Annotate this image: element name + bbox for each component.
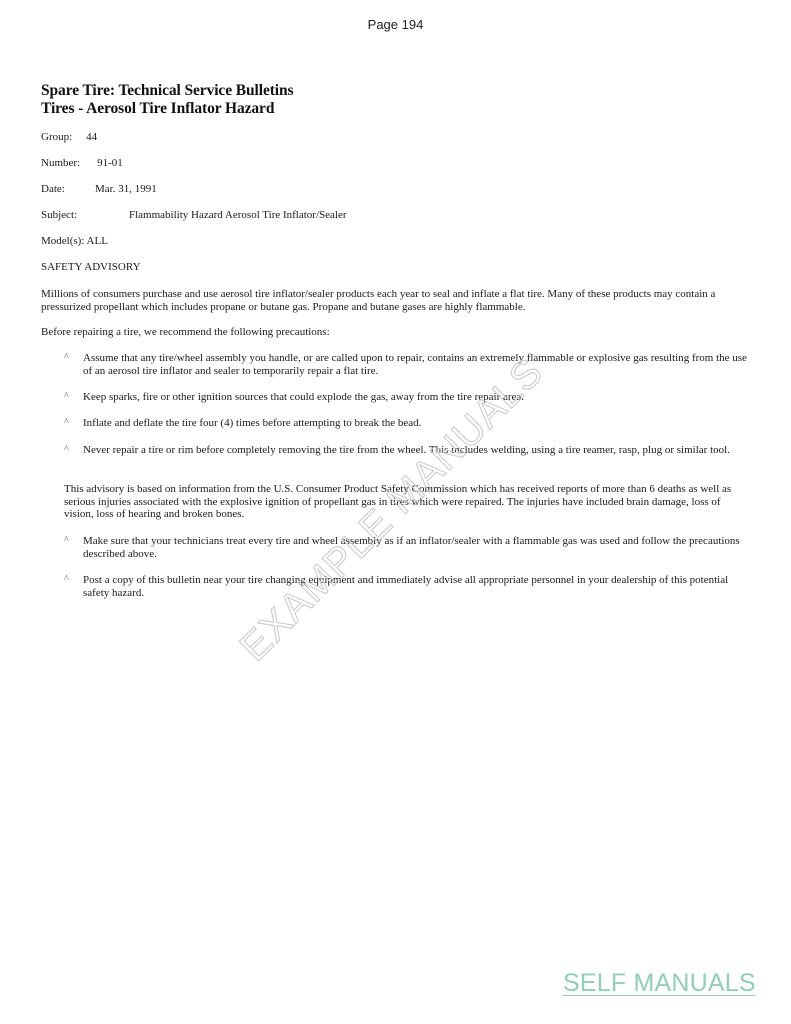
caret-bullet-icon: ^ — [64, 352, 69, 365]
bullet-text: Never repair a tire or rim before comple… — [83, 444, 753, 457]
meta-number-label: Number: — [41, 157, 80, 170]
caret-bullet-icon: ^ — [64, 574, 69, 587]
bullet-text: Assume that any tire/wheel assembly you … — [83, 352, 753, 377]
page-number: Page 194 — [0, 17, 791, 32]
meta-date-value: Mar. 31, 1991 — [95, 183, 157, 195]
caret-bullet-icon: ^ — [64, 444, 69, 457]
title-line-1: Spare Tire: Technical Service Bulletins — [41, 82, 293, 100]
meta-subject: Subject:Flammability Hazard Aerosol Tire… — [41, 209, 347, 222]
bullet-text: Make sure that your technicians treat ev… — [83, 535, 753, 560]
caret-bullet-icon: ^ — [64, 391, 69, 404]
meta-models: Model(s): ALL — [41, 235, 108, 248]
document-title: Spare Tire: Technical Service Bulletins … — [41, 82, 293, 118]
meta-subject-value: Flammability Hazard Aerosol Tire Inflato… — [129, 209, 347, 221]
meta-date-label: Date: — [41, 183, 81, 196]
caret-bullet-icon: ^ — [64, 417, 69, 430]
meta-group-value: 44 — [86, 131, 97, 143]
meta-group-label: Group: — [41, 131, 72, 144]
bullet-text: Post a copy of this bulletin near your t… — [83, 574, 753, 599]
precautions-lead: Before repairing a tire, we recommend th… — [41, 326, 761, 339]
caret-bullet-icon: ^ — [64, 535, 69, 548]
meta-group: Group:44 — [41, 131, 97, 144]
cpsc-paragraph: This advisory is based on information fr… — [64, 483, 744, 521]
meta-number: Number:91-01 — [41, 157, 123, 170]
bullet-text: Keep sparks, fire or other ignition sour… — [83, 391, 753, 404]
meta-number-value: 91-01 — [97, 157, 123, 169]
advisory-heading: SAFETY ADVISORY — [41, 261, 141, 274]
intro-paragraph: Millions of consumers purchase and use a… — [41, 288, 761, 313]
bullet-text: Inflate and deflate the tire four (4) ti… — [83, 417, 753, 430]
self-manuals-link[interactable]: SELF MANUALS — [563, 969, 756, 998]
meta-subject-label: Subject: — [41, 209, 129, 222]
meta-date: Date:Mar. 31, 1991 — [41, 183, 157, 196]
title-line-2: Tires - Aerosol Tire Inflator Hazard — [41, 100, 293, 118]
